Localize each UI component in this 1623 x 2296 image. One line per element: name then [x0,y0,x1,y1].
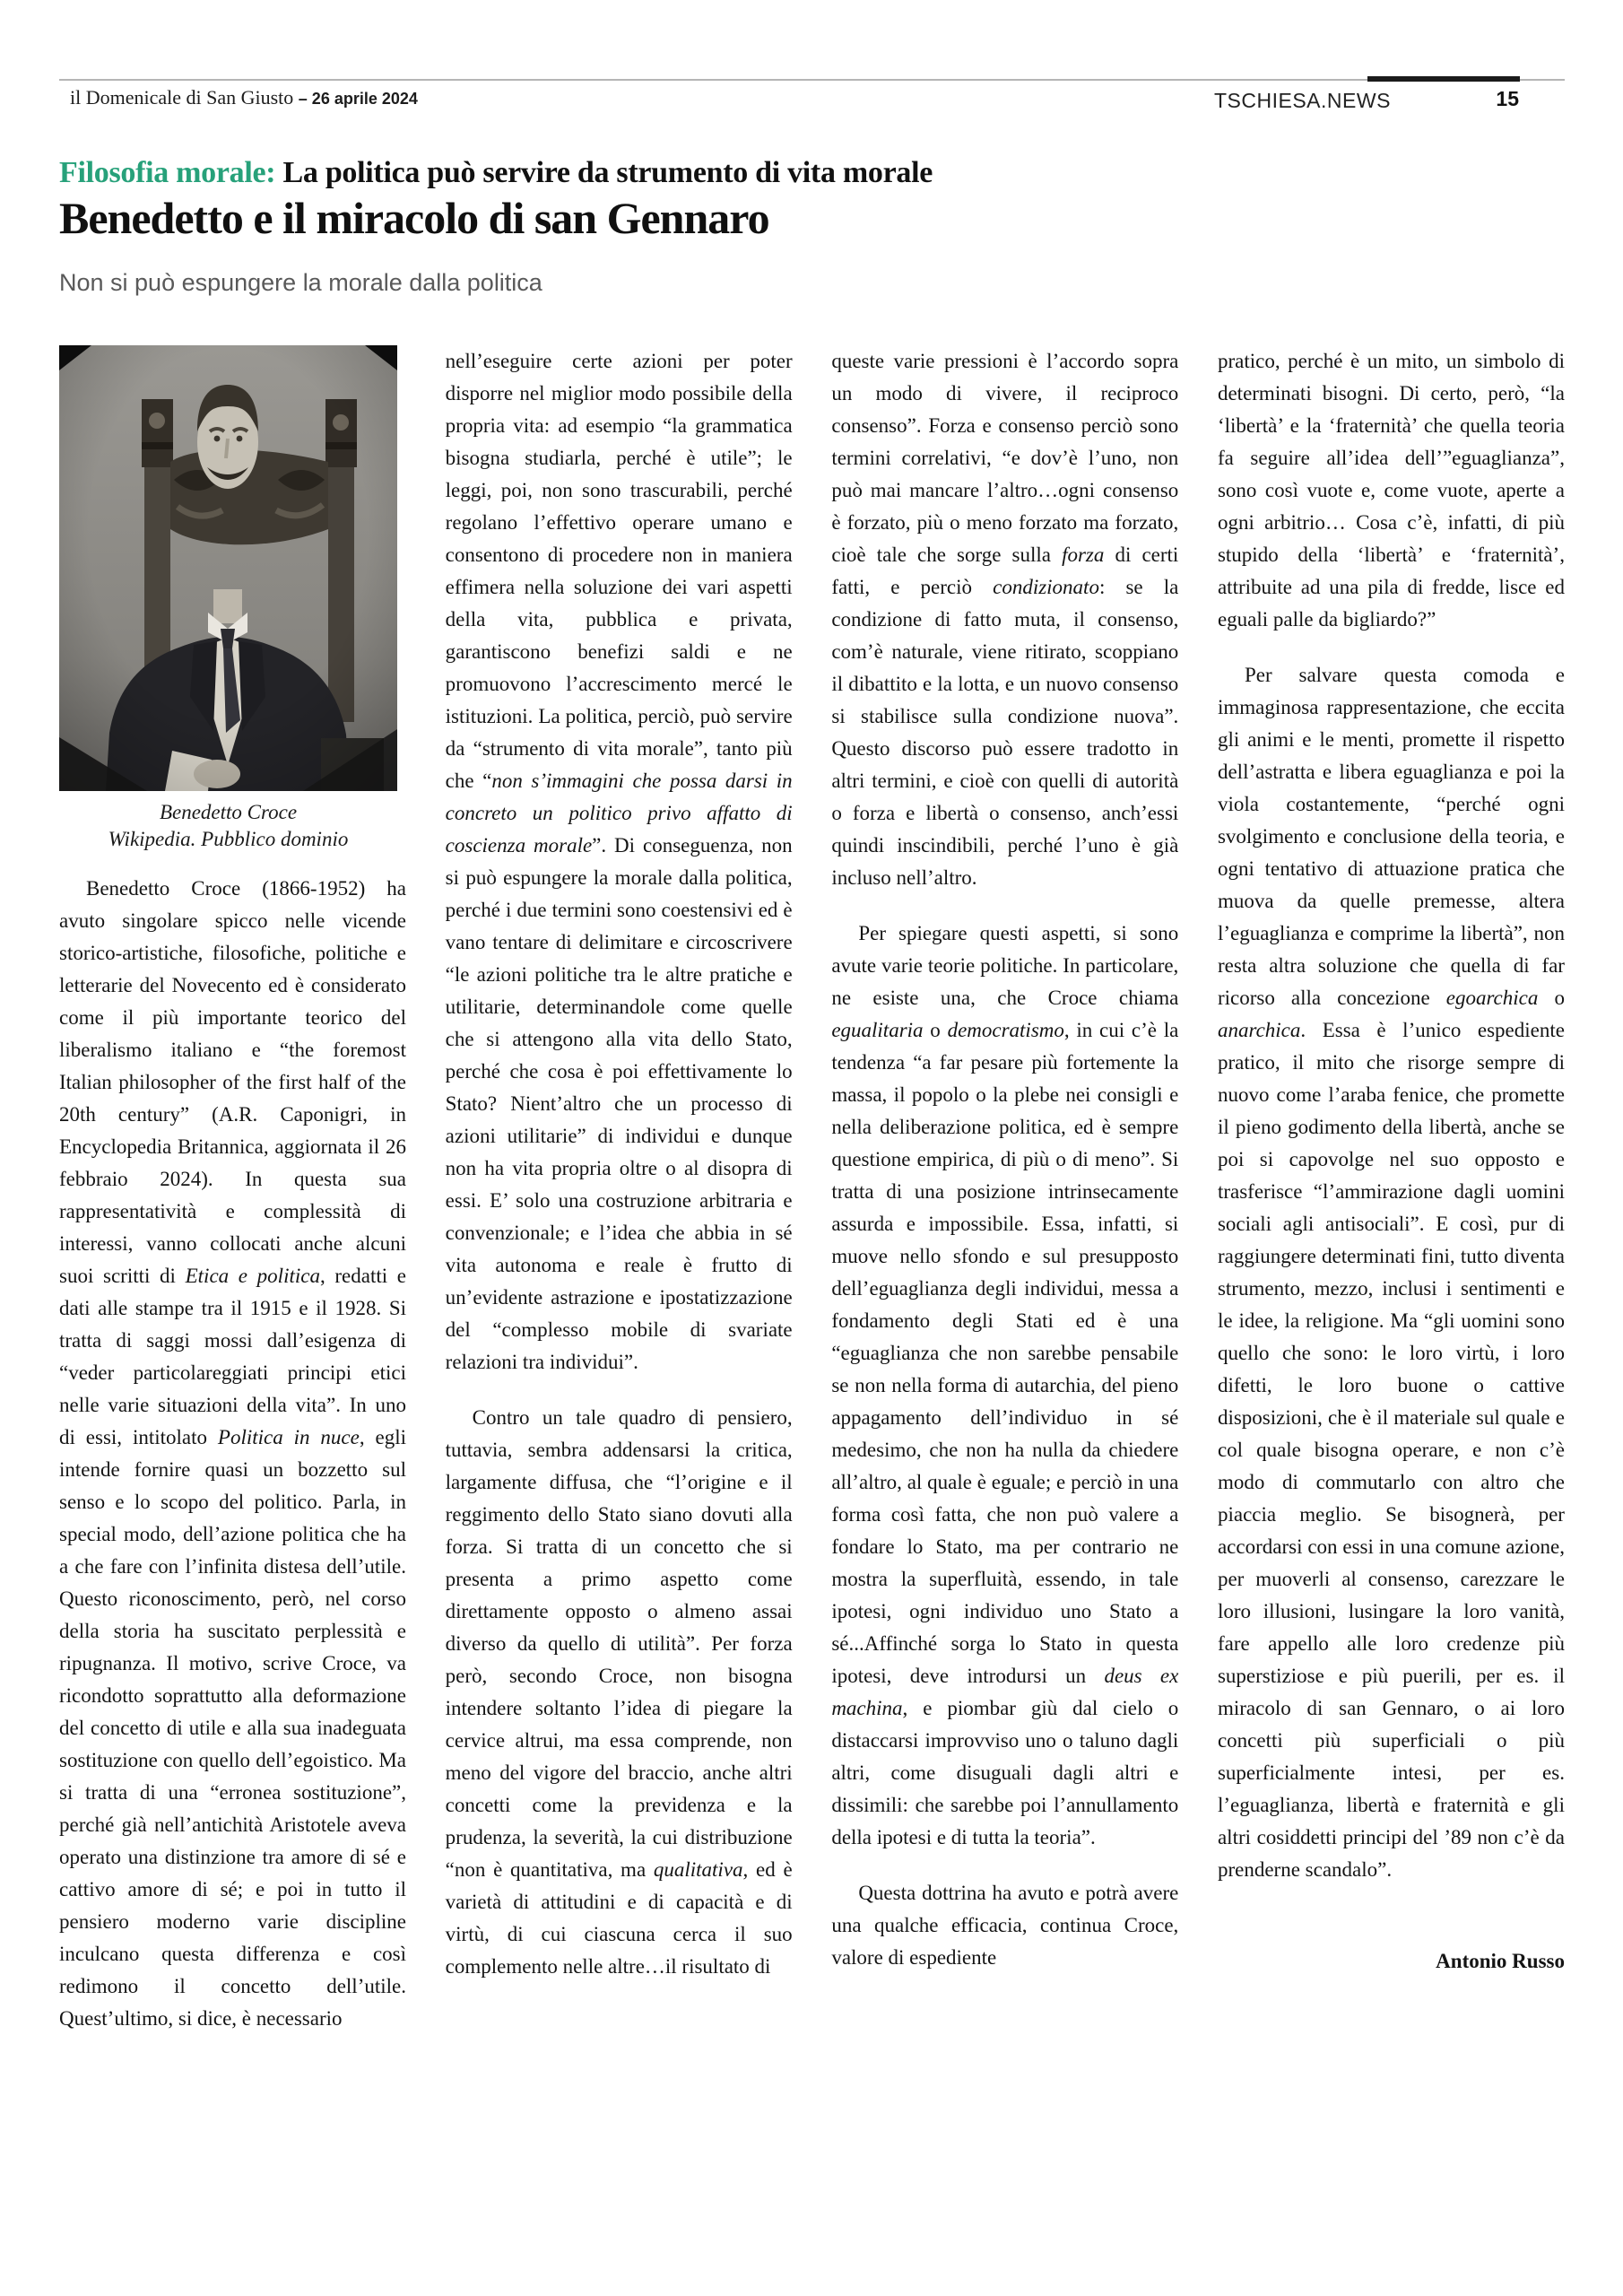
article-paragraph: Benedetto Croce (1866-1952) ha avuto sin… [59,873,406,2035]
article-paragraph: nell’eseguire certe azioni per poter dis… [446,345,793,1378]
article-paragraph: Per spiegare questi aspetti, si sono avu… [831,918,1178,1854]
headline: Benedetto e il miracolo di san Gennaro [59,192,769,244]
masthead-rule [59,79,1565,81]
article-paragraph: queste varie pressioni è l’accordo sopra… [831,345,1178,894]
kicker-text: La politica può servire da strumento di … [275,156,933,189]
masthead: il Domenicale di San Giusto – 26 aprile … [59,79,1565,129]
byline: Antonio Russo [1218,1945,1565,1978]
page-number-rule [1367,76,1520,82]
page-number: 15 [1440,87,1519,111]
column-text-4: pratico, perché è un mito, un simbolo di… [1218,345,1565,1886]
article-column-1: Benedetto Croce Wikipedia. Pubblico domi… [59,345,406,2283]
photo-caption: Benedetto Croce Wikipedia. Pubblico domi… [59,799,397,853]
newspaper-page: il Domenicale di San Giusto – 26 aprile … [0,0,1623,2296]
site-name: TSCHIESA.NEWS [1214,89,1391,113]
article-column-3: queste varie pressioni è l’accordo sopra… [831,345,1178,2283]
article-paragraph: Per salvare questa comoda e immaginosa r… [1218,659,1565,1886]
article-paragraph: pratico, perché è un mito, un simbolo di… [1218,345,1565,636]
photo-figure: Benedetto Croce Wikipedia. Pubblico domi… [59,345,397,853]
article-column-4: pratico, perché è un mito, un simbolo di… [1218,345,1565,2283]
article-column-2: nell’eseguire certe azioni per poter dis… [446,345,793,2283]
photo-caption-line1: Benedetto Croce [59,799,397,826]
column-text-3: queste varie pressioni è l’accordo sopra… [831,345,1178,1974]
column-text-1: Benedetto Croce (1866-1952) ha avuto sin… [59,873,406,2035]
article-body: Benedetto Croce Wikipedia. Pubblico domi… [59,345,1565,2283]
newspaper-name: il Domenicale di San Giusto – 26 aprile … [70,86,418,109]
croce-photo [59,345,397,791]
article-paragraph: Questa dottrina ha avuto e potrà avere u… [831,1877,1178,1974]
column-text-2: nell’eseguire certe azioni per poter dis… [446,345,793,1983]
article-paragraph: Contro un tale quadro di pensiero, tutta… [446,1402,793,1983]
kicker: Filosofia morale: La politica può servir… [59,156,933,190]
newspaper-title: il Domenicale di San Giusto [70,86,293,109]
kicker-label: Filosofia morale: [59,156,275,189]
subtitle: Non si può espungere la morale dalla pol… [59,269,542,297]
photo-caption-line2: Wikipedia. Pubblico dominio [59,826,397,853]
issue-date: – 26 aprile 2024 [299,90,418,108]
